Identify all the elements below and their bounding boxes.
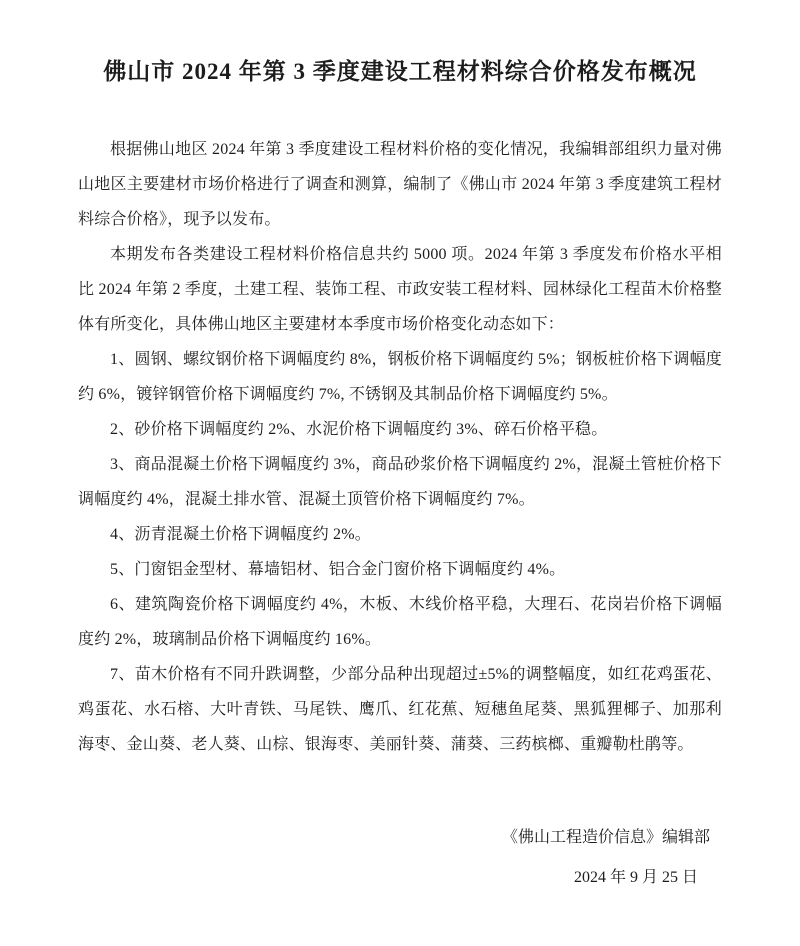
body-paragraph: 1、圆钢、螺纹钢价格下调幅度约 8%，钢板价格下调幅度约 5%；钢板桩价格下调幅…	[78, 342, 722, 412]
document-footer: 《佛山工程造价信息》编辑部 2024 年 9 月 25 日	[78, 818, 722, 898]
document-page: 佛山市 2024 年第 3 季度建设工程材料综合价格发布概况 根据佛山地区 20…	[0, 0, 800, 946]
body-paragraph: 根据佛山地区 2024 年第 3 季度建设工程材料价格的变化情况，我编辑部组织力…	[78, 132, 722, 237]
body-paragraph: 5、门窗铝金型材、幕墙铝材、铝合金门窗价格下调幅度约 4%。	[78, 552, 722, 587]
body-paragraph: 6、建筑陶瓷价格下调幅度约 4%，木板、木线价格平稳，大理石、花岗岩价格下调幅度…	[78, 587, 722, 657]
body-paragraph: 7、苗木价格有不同升跌调整，少部分品种出现超过±5%的调整幅度，如红花鸡蛋花、鸡…	[78, 657, 722, 762]
footer-date: 2024 年 9 月 25 日	[78, 858, 722, 898]
footer-signature: 《佛山工程造价信息》编辑部	[78, 818, 722, 858]
body-paragraph: 3、商品混凝土价格下调幅度约 3%，商品砂浆价格下调幅度约 2%，混凝土管桩价格…	[78, 447, 722, 517]
body-paragraph: 本期发布各类建设工程材料价格信息共约 5000 项。2024 年第 3 季度发布…	[78, 237, 722, 342]
document-title: 佛山市 2024 年第 3 季度建设工程材料综合价格发布概况	[78, 56, 722, 88]
body-paragraph: 2、砂价格下调幅度约 2%、水泥价格下调幅度约 3%、碎石价格平稳。	[78, 412, 722, 447]
body-paragraph: 4、沥青混凝土价格下调幅度约 2%。	[78, 517, 722, 552]
document-body: 根据佛山地区 2024 年第 3 季度建设工程材料价格的变化情况，我编辑部组织力…	[78, 132, 722, 762]
